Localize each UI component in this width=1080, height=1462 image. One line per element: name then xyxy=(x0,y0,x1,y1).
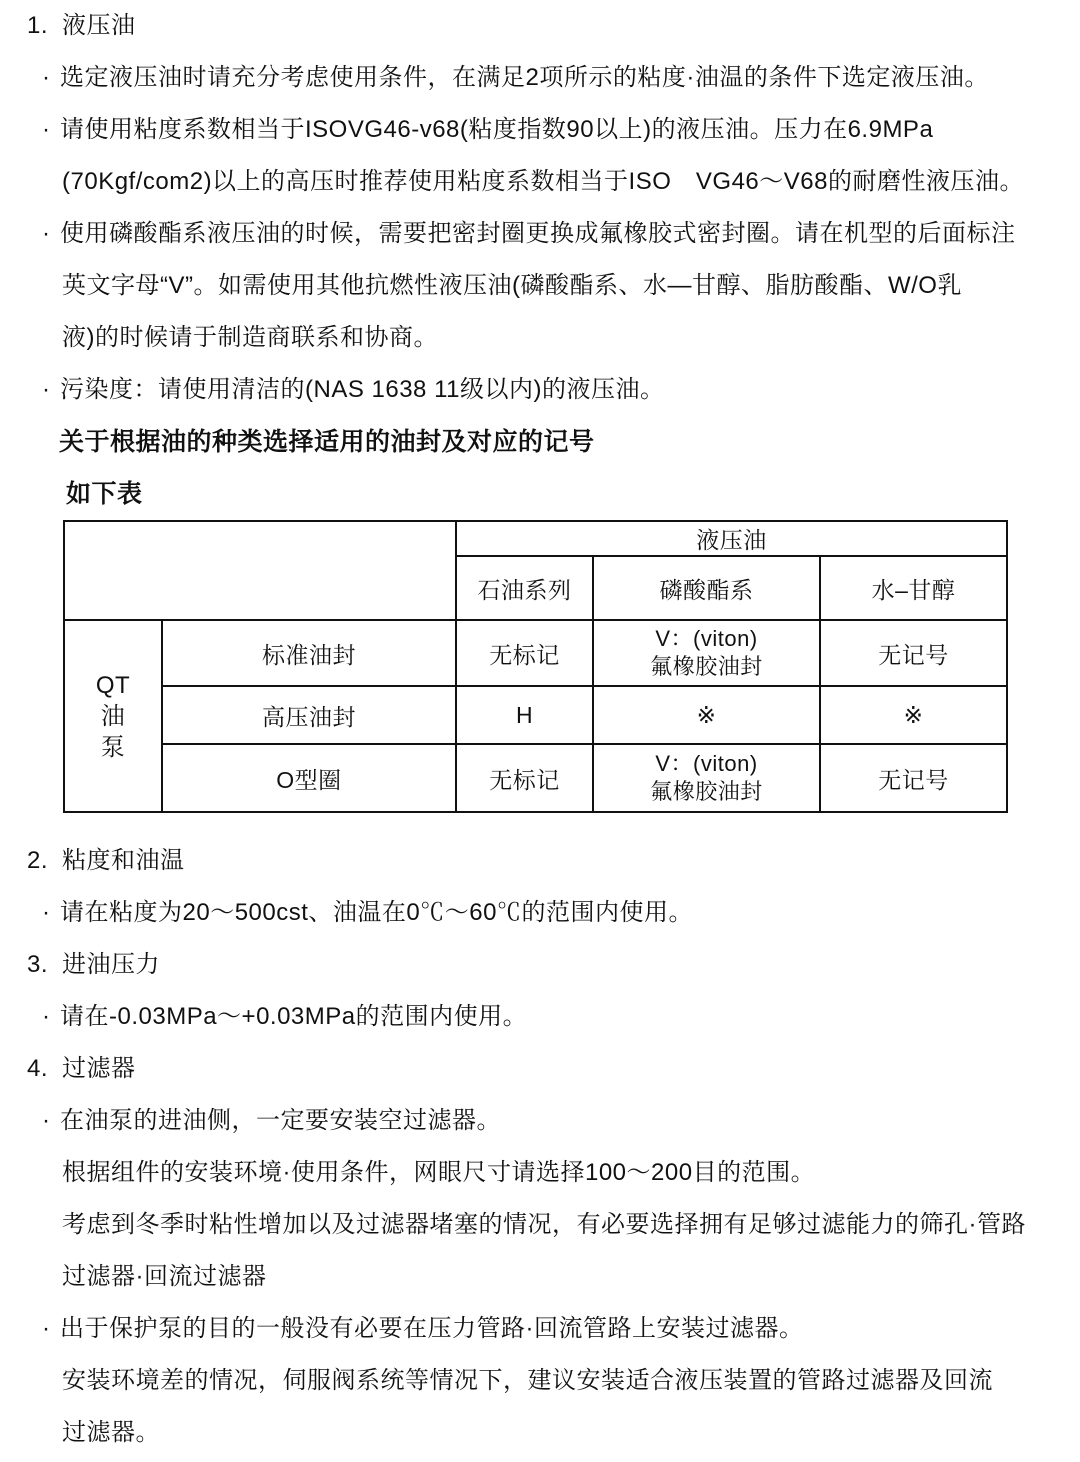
bullet-text: 请使用粘度系数相当于ISOVG46-v68(粘度指数90以上)的液压油。压力在6… xyxy=(60,116,933,143)
bullet-line-oil-selection: ·选定液压油时请充分考虑使用条件，在满足2项所示的粘度·油温的条件下选定液压油。 xyxy=(0,52,1080,104)
cell-oring-petroleum: 无标记 xyxy=(456,744,593,812)
cell-highpressure-phosphate: ※ xyxy=(593,686,820,744)
bullet-line-viscosity-range: ·请在粘度为20～500cst、油温在0℃～60℃的范围内使用。 xyxy=(0,887,1080,939)
oil-seal-table: 液压油 石油系列 磷酸酯系 水–甘醇 QT 油 泵 标准油封 无标记 V：(vi… xyxy=(63,520,1008,813)
section-1-heading: 1.液压油 xyxy=(0,0,1080,52)
section-2-heading: 2.粘度和油温 xyxy=(0,835,1080,887)
bullet-mark: · xyxy=(42,991,60,1043)
section-4-title: 过滤器 xyxy=(62,1055,136,1082)
lower-sections: 2.粘度和油温 ·请在粘度为20～500cst、油温在0℃～60℃的范围内使用。… xyxy=(0,835,1080,1459)
bullet-mark: · xyxy=(42,364,60,416)
cell-line: V：(viton) xyxy=(594,625,819,653)
bullet-text: 请在-0.03MPa～+0.03MPa的范围内使用。 xyxy=(60,1003,527,1030)
table-header-hydraulic-oil: 液压油 xyxy=(456,521,1007,556)
bullet-text: 在油泵的进油侧，一定要安装空过滤器。 xyxy=(60,1107,501,1134)
bullet-text: 选定液压油时请充分考虑使用条件，在满足2项所示的粘度·油温的条件下选定液压油。 xyxy=(60,64,989,91)
bullet-line-inlet-pressure: ·请在-0.03MPa～+0.03MPa的范围内使用。 xyxy=(0,991,1080,1043)
bullet-mark: · xyxy=(42,208,60,260)
bullet-line-phosphate-ester: ·使用磷酸酯系液压油的时候，需要把密封圈更换成氟橡胶式密封圈。请在机型的后面标注 xyxy=(0,208,1080,260)
bullet-mark: · xyxy=(42,1303,60,1355)
pump-label-line: 泵 xyxy=(65,732,161,763)
cell-standard-water-glycol: 无记号 xyxy=(820,620,1007,686)
document-page: 1.液压油 ·选定液压油时请充分考虑使用条件，在满足2项所示的粘度·油温的条件下… xyxy=(0,0,1080,1462)
cell-highpressure-petroleum: H xyxy=(456,686,593,744)
section-3-number: 3. xyxy=(27,939,62,991)
bullet-text: 出于保护泵的目的一般没有必要在压力管路·回流管路上安装过滤器。 xyxy=(60,1315,804,1342)
continuation-line-high-pressure: (70Kgf/com2)以上的高压时推荐使用粘度系数相当于ISO VG46～V6… xyxy=(0,156,1080,208)
section-4-number: 4. xyxy=(27,1043,62,1095)
bullet-text: 污染度：请使用清洁的(NAS 1638 11级以内)的液压油。 xyxy=(60,376,664,403)
bullet-mark: · xyxy=(42,104,60,156)
bullet-mark: · xyxy=(42,52,60,104)
continuation-line-winter-viscosity: 考虑到冬季时粘性增加以及过滤器堵塞的情况，有必要选择拥有足够过滤能力的筛孔·管路 xyxy=(0,1199,1080,1251)
table-header-phosphate-ester: 磷酸酯系 xyxy=(593,556,820,620)
section-2-title: 粘度和油温 xyxy=(62,847,185,874)
seal-selection-heading: 关于根据油的种类选择适用的油封及对应的记号 xyxy=(0,416,1080,468)
continuation-line-manufacturer: 液)的时候请于制造商联系和协商。 xyxy=(0,312,1080,364)
cell-highpressure-water-glycol: ※ xyxy=(820,686,1007,744)
pump-label-line: 油 xyxy=(65,701,161,732)
table-corner-empty-cell xyxy=(64,521,456,620)
row-label-o-ring: O型圈 xyxy=(162,744,456,812)
continuation-line-return-filter: 过滤器·回流过滤器 xyxy=(0,1251,1080,1303)
continuation-line-mesh-size: 根据组件的安装环境·使用条件，网眼尺寸请选择100～200目的范围。 xyxy=(0,1147,1080,1199)
continuation-line-filter-end: 过滤器。 xyxy=(0,1407,1080,1459)
pump-label-cell: QT 油 泵 xyxy=(64,620,162,812)
bullet-text: 请在粘度为20～500cst、油温在0℃～60℃的范围内使用。 xyxy=(60,899,693,926)
section-2-number: 2. xyxy=(27,835,62,887)
cell-line: 氟橡胶油封 xyxy=(594,653,819,681)
cell-oring-phosphate: V：(viton) 氟橡胶油封 xyxy=(593,744,820,812)
section-1-title: 液压油 xyxy=(62,12,136,39)
section-3-title: 进油压力 xyxy=(62,951,160,978)
table-header-petroleum-series: 石油系列 xyxy=(456,556,593,620)
cell-standard-petroleum: 无标记 xyxy=(456,620,593,686)
section-4-heading: 4.过滤器 xyxy=(0,1043,1080,1095)
row-label-standard-seal: 标准油封 xyxy=(162,620,456,686)
cell-line: V：(viton) xyxy=(594,750,819,778)
bullet-mark: · xyxy=(42,887,60,939)
bullet-text: 使用磷酸酯系液压油的时候，需要把密封圈更换成氟橡胶式密封圈。请在机型的后面标注 xyxy=(60,220,1016,247)
bullet-line-pump-protection: ·出于保护泵的目的一般没有必要在压力管路·回流管路上安装过滤器。 xyxy=(0,1303,1080,1355)
section-3-heading: 3.进油压力 xyxy=(0,939,1080,991)
bullet-line-suction-filter: ·在油泵的进油侧，一定要安装空过滤器。 xyxy=(0,1095,1080,1147)
pump-label-line: QT xyxy=(65,670,161,701)
bullet-mark: · xyxy=(42,1095,60,1147)
section-1-number: 1. xyxy=(27,0,62,52)
row-label-high-pressure-seal: 高压油封 xyxy=(162,686,456,744)
continuation-line-letter-v: 英文字母“V”。如需使用其他抗燃性液压油(磷酸酯系、水—甘醇、脂肪酸酯、W/O乳 xyxy=(0,260,1080,312)
table-header-water-glycol: 水–甘醇 xyxy=(820,556,1007,620)
table-intro-label: 如下表 xyxy=(0,468,1080,520)
continuation-line-servo-valve: 安装环境差的情况，伺服阀系统等情况下，建议安装适合液压装置的管路过滤器及回流 xyxy=(0,1355,1080,1407)
cell-line: 氟橡胶油封 xyxy=(594,778,819,806)
cell-standard-phosphate: V：(viton) 氟橡胶油封 xyxy=(593,620,820,686)
bullet-line-contamination: ·污染度：请使用清洁的(NAS 1638 11级以内)的液压油。 xyxy=(0,364,1080,416)
bullet-line-viscosity-grade: ·请使用粘度系数相当于ISOVG46-v68(粘度指数90以上)的液压油。压力在… xyxy=(0,104,1080,156)
cell-oring-water-glycol: 无记号 xyxy=(820,744,1007,812)
